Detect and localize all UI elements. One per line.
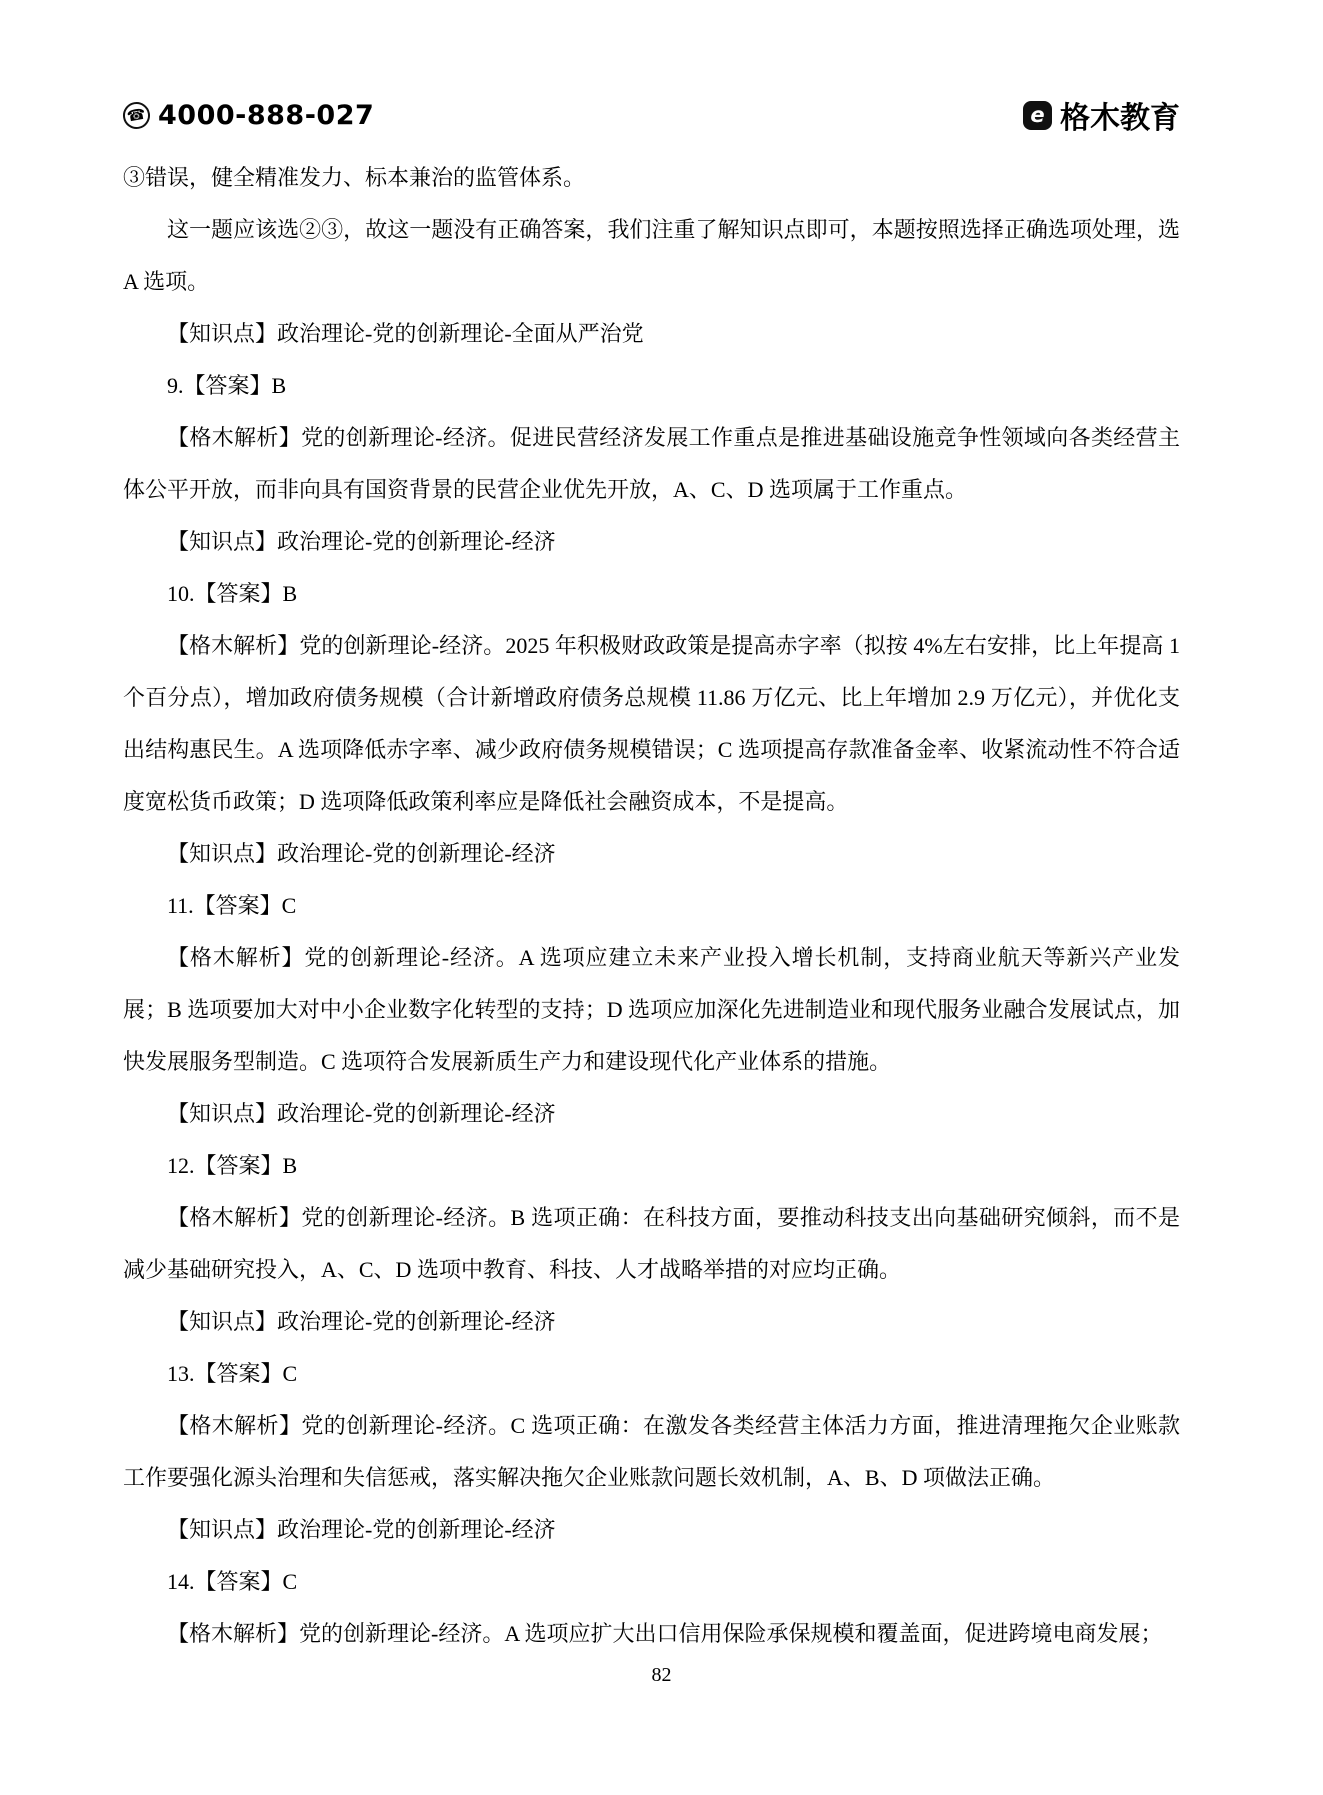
phone-icon: ☎ [121, 99, 152, 130]
analysis-q12: 【格木解析】党的创新理论-经济。B 选项正确：在科技方面，要推动科技支出向基础研… [123, 1192, 1180, 1296]
page-header: ☎ 4000-888-027 e 格木教育 [123, 94, 1180, 136]
note-no-correct-answer: 这一题应该选②③，故这一题没有正确答案，我们注重了解知识点即可，本题按照选择正确… [123, 204, 1180, 308]
analysis-q9: 【格木解析】党的创新理论-经济。促进民营经济发展工作重点是推进基础设施竞争性领域… [123, 412, 1180, 516]
analysis-q11: 【格木解析】党的创新理论-经济。A 选项应建立未来产业投入增长机制，支持商业航天… [123, 932, 1180, 1088]
document-page: ☎ 4000-888-027 e 格木教育 ③错误，健全精准发力、标本兼治的监管… [0, 0, 1323, 1795]
analysis-continuation: ③错误，健全精准发力、标本兼治的监管体系。 [123, 152, 1180, 204]
answer-q10: 10.【答案】B [123, 568, 1180, 620]
brand-logo: e 格木教育 [1023, 93, 1180, 137]
analysis-q13: 【格木解析】党的创新理论-经济。C 选项正确：在激发各类经营主体活力方面，推进清… [123, 1400, 1180, 1504]
answer-q11: 11.【答案】C [123, 880, 1180, 932]
phone-number: 4000-888-027 [158, 100, 374, 131]
knowledge-point-q9: 【知识点】政治理论-党的创新理论-经济 [123, 516, 1180, 568]
knowledge-point-q10: 【知识点】政治理论-党的创新理论-经济 [123, 828, 1180, 880]
page-number: 82 [652, 1664, 672, 1686]
analysis-q10: 【格木解析】党的创新理论-经济。2025 年积极财政政策是提高赤字率（拟按 4%… [123, 620, 1180, 828]
brand-logo-icon: e [1023, 101, 1052, 130]
answer-q9: 9.【答案】B [123, 360, 1180, 412]
answer-q12: 12.【答案】B [123, 1140, 1180, 1192]
analysis-q14: 【格木解析】党的创新理论-经济。A 选项应扩大出口信用保险承保规模和覆盖面，促进… [123, 1608, 1180, 1660]
phone-contact: ☎ 4000-888-027 [123, 100, 374, 131]
page-footer: 82 [0, 1660, 1323, 1690]
knowledge-point-q12: 【知识点】政治理论-党的创新理论-经济 [123, 1296, 1180, 1348]
answer-q13: 13.【答案】C [123, 1348, 1180, 1400]
knowledge-point-q8: 【知识点】政治理论-党的创新理论-全面从严治党 [123, 308, 1180, 360]
brand-name: 格木教育 [1060, 93, 1180, 137]
knowledge-point-q11: 【知识点】政治理论-党的创新理论-经济 [123, 1088, 1180, 1140]
answer-explanations: ③错误，健全精准发力、标本兼治的监管体系。 这一题应该选②③，故这一题没有正确答… [123, 152, 1180, 1660]
knowledge-point-q13: 【知识点】政治理论-党的创新理论-经济 [123, 1504, 1180, 1556]
answer-q14: 14.【答案】C [123, 1556, 1180, 1608]
